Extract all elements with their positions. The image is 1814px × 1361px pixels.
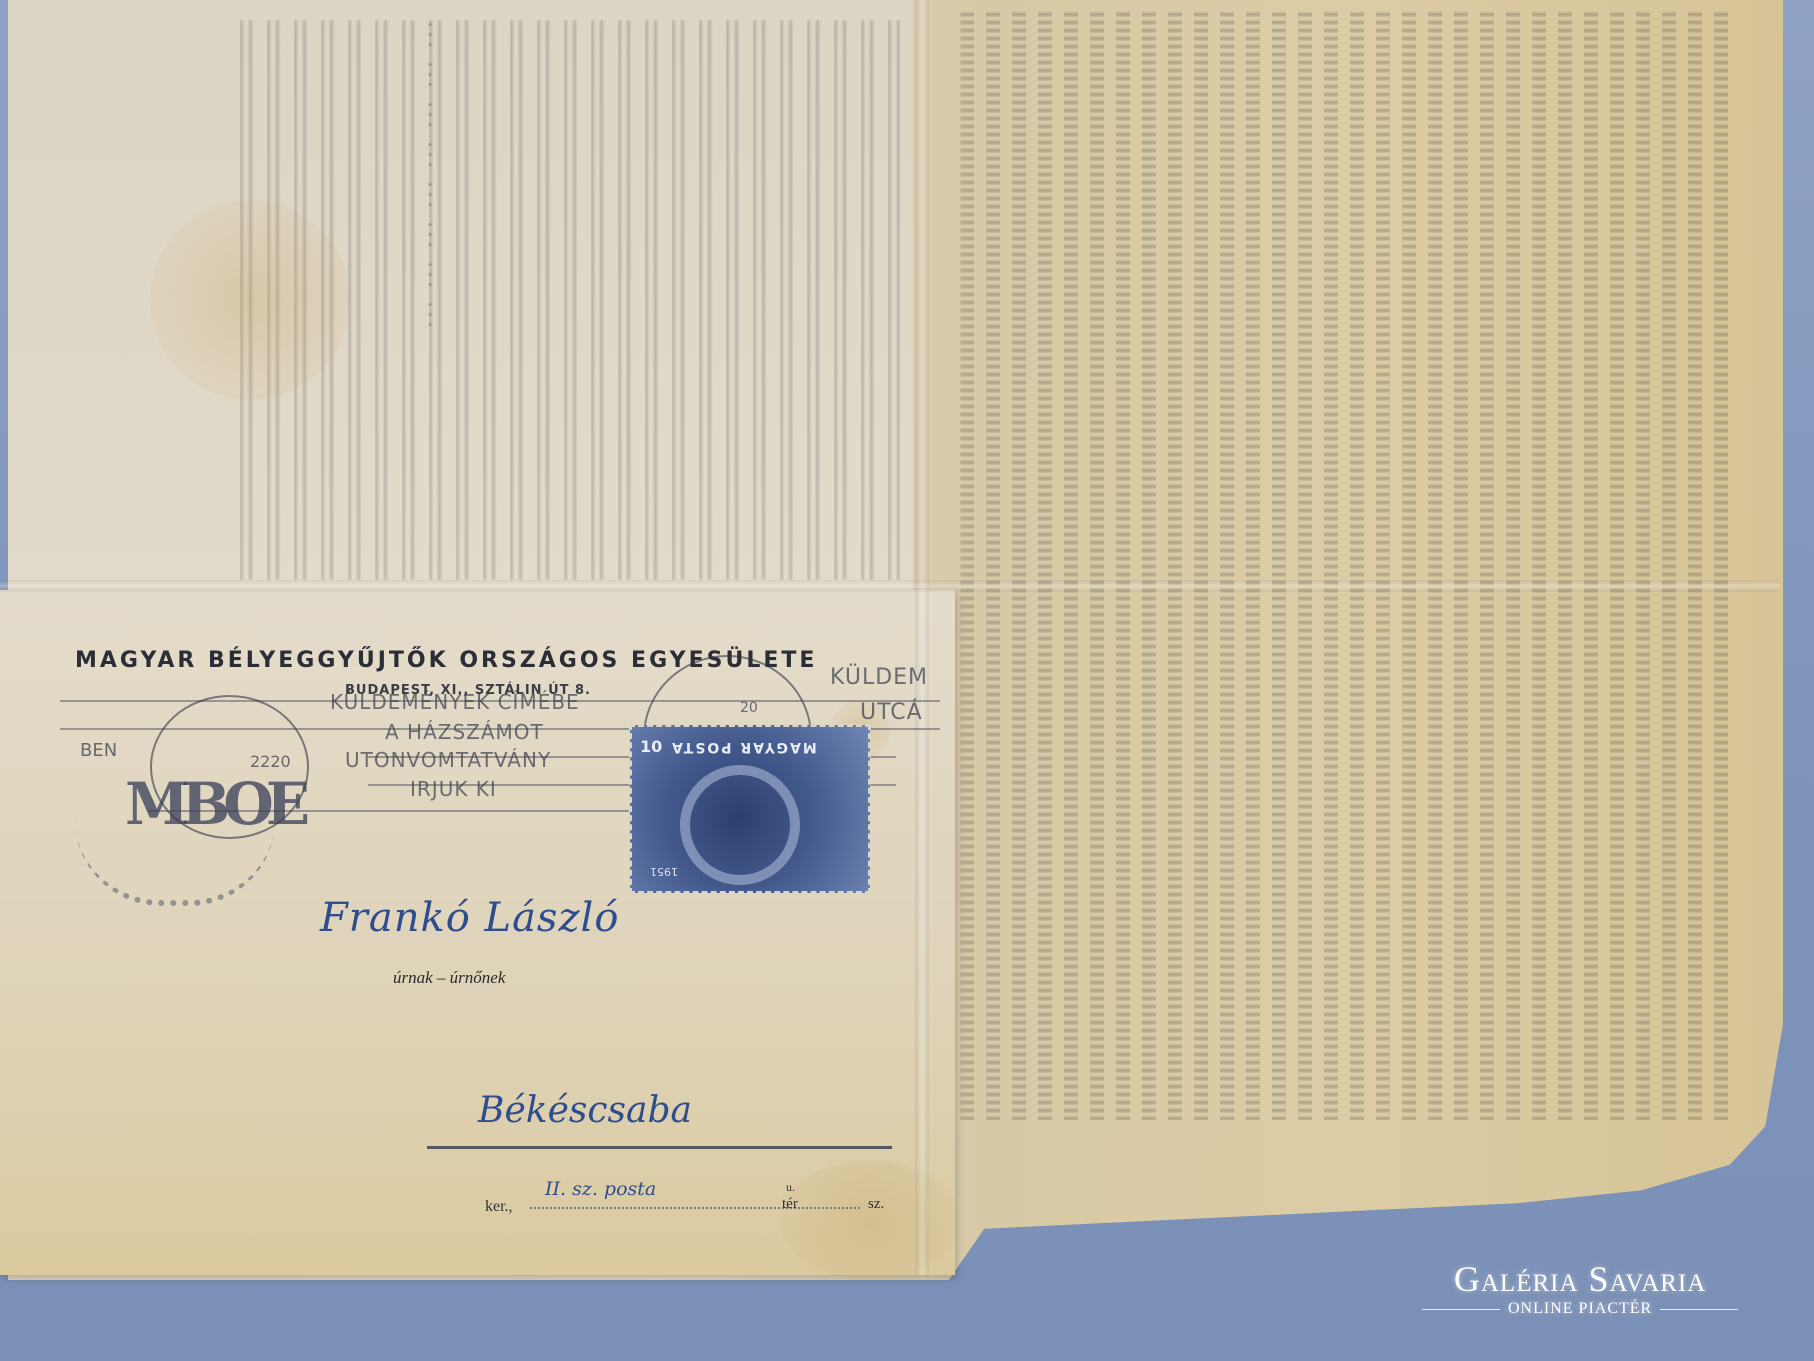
- street-type-ter: tér: [782, 1196, 798, 1213]
- postmark-left-text: BEN: [80, 740, 117, 761]
- typed-text-block-right: [960, 10, 1740, 1120]
- stamp-country: MAGYAR POSTA: [670, 739, 817, 755]
- watermark-subtitle: ONLINE PIACTÉR: [1508, 1300, 1652, 1318]
- recipient-street: II. sz. posta: [545, 1178, 656, 1200]
- paper-stain: [780, 1160, 960, 1280]
- cancellation-slogan-3: UTONVOMTATVÁNY: [345, 748, 551, 772]
- gear-wheel-icon: [680, 765, 800, 885]
- recipient-name: Frankó László: [320, 895, 619, 941]
- galeria-savaria-watermark: Galéria Savaria ONLINE PIACTÉR: [1422, 1258, 1738, 1318]
- watermark-subtitle-row: ONLINE PIACTÉR: [1422, 1300, 1738, 1318]
- stamp-value: 10: [640, 737, 662, 756]
- stamp-year: 1951: [650, 865, 678, 878]
- watermark-title: Galéria Savaria: [1422, 1258, 1738, 1300]
- street-type-utca: u.: [786, 1180, 795, 1195]
- cancellation-slogan-right-2: UTCÁ: [860, 700, 923, 725]
- postmark-right-text: 20: [740, 700, 758, 716]
- district-label: ker.,: [485, 1198, 513, 1216]
- street-dotted-line: [530, 1207, 860, 1209]
- laurel-wreath-icon: [75, 820, 275, 906]
- cancellation-slogan-4: IRJUK KI: [410, 777, 497, 801]
- divider: [1422, 1309, 1500, 1310]
- paper-stain: [150, 200, 350, 400]
- vertical-fold: [915, 0, 929, 1275]
- cancellation-slogan-2: A HÁZSZÁMOT: [385, 720, 544, 744]
- recipient-city: Békéscsaba: [478, 1090, 692, 1131]
- recipient-salutation: úrnak – úrnőnek: [393, 968, 505, 988]
- divider: [1660, 1309, 1738, 1310]
- postage-stamp: 10 MAGYAR POSTA 1951: [630, 725, 870, 893]
- cancellation-slogan-1: KÜLDEMÉNYEK CÍMÉBE: [330, 690, 580, 714]
- mboe-logo: MBOE: [75, 760, 275, 900]
- cancellation-slogan-right-1: KÜLDEM: [830, 665, 928, 690]
- house-number-label: sz.: [868, 1196, 884, 1213]
- city-underline: [427, 1146, 892, 1149]
